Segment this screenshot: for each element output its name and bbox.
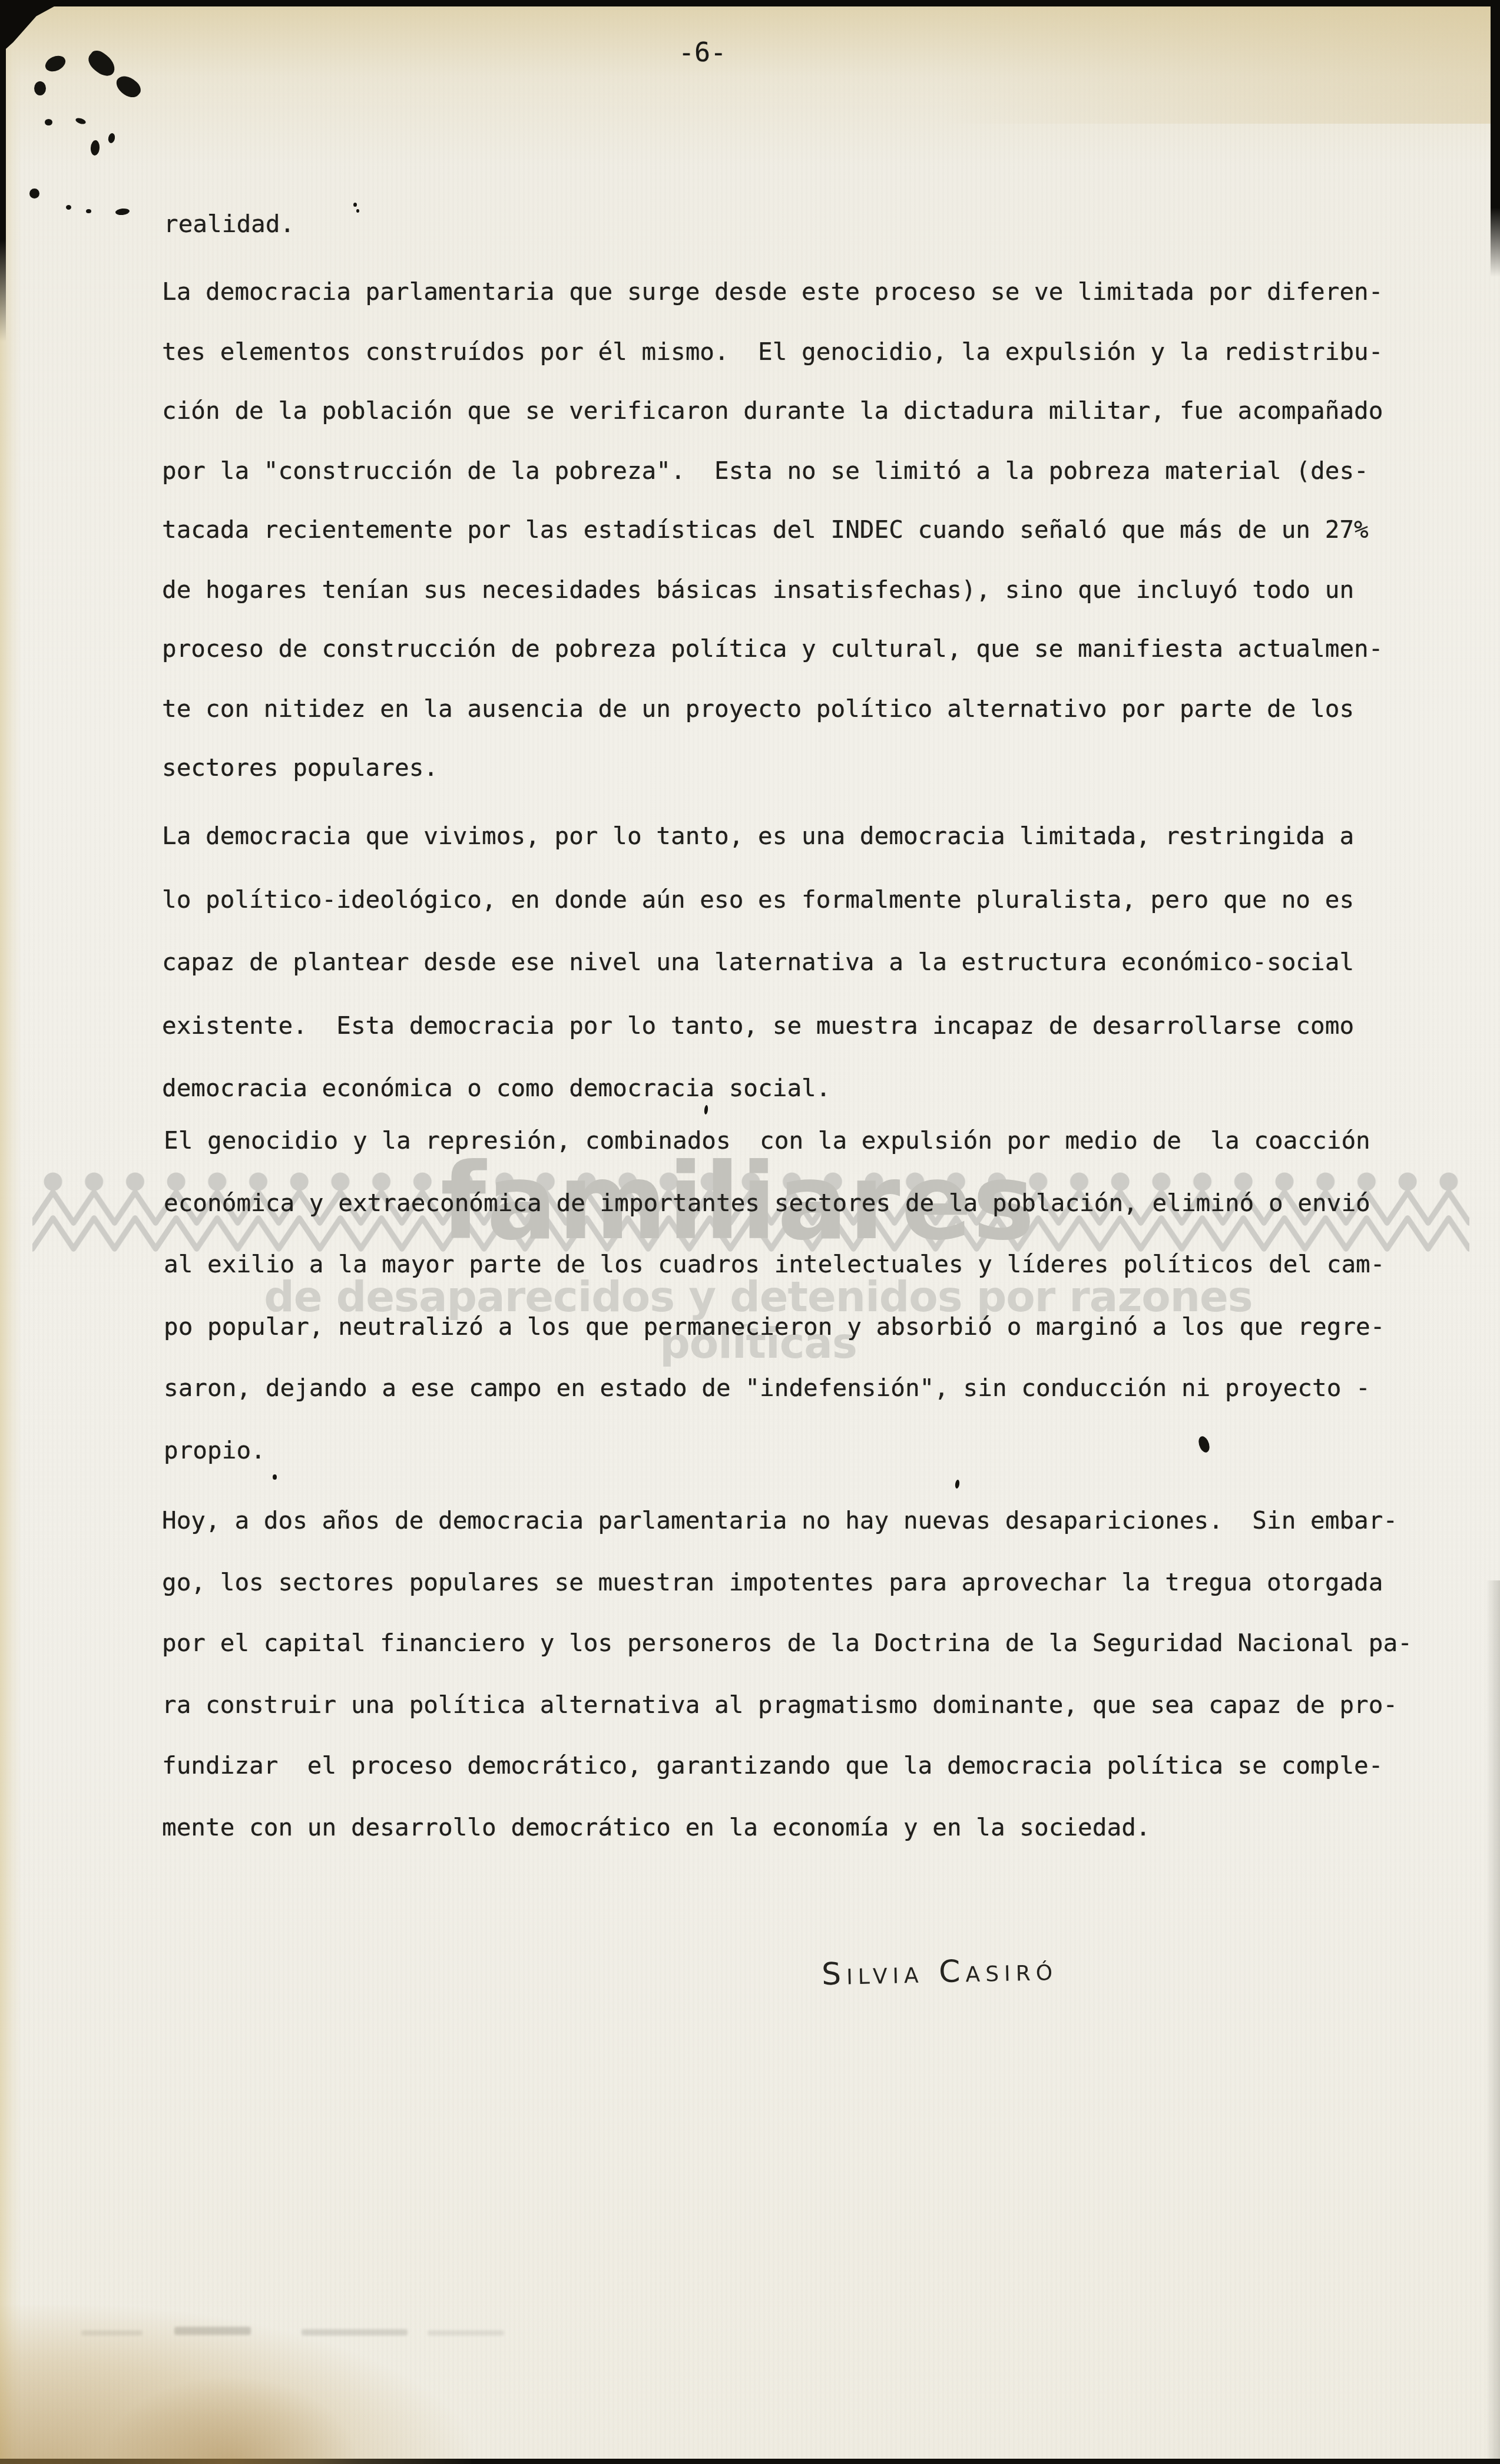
text-line: mente con un desarrollo democrático en l… <box>162 1797 1493 1858</box>
scan-edge-right <box>1491 0 1500 277</box>
text-line: go, los sectores populares se muestran i… <box>162 1552 1493 1613</box>
ink-speck <box>955 1480 960 1489</box>
text-line: ción de la población que se verificaron … <box>162 381 1493 441</box>
paragraph-1: La democracia parlamentaria que surge de… <box>162 262 1493 798</box>
scanned-document-page: familiares de desaparecidos y detenidos … <box>0 0 1500 2464</box>
text-line: propio. <box>164 1420 1495 1481</box>
paragraph-2: La democracia que vivimos, por lo tanto,… <box>162 805 1493 1120</box>
text-line: realidad. <box>164 194 1495 254</box>
text-line: Hoy, a dos años de democracia parlamenta… <box>162 1490 1493 1551</box>
text-line: proceso de construcción de pobreza polít… <box>162 619 1493 679</box>
ink-speck <box>29 188 39 199</box>
paper-stain <box>100 2376 359 2464</box>
paragraph-4: Hoy, a dos años de democracia parlamenta… <box>162 1490 1493 1857</box>
text-line: El genocidio y la represión, combinados … <box>164 1110 1495 1172</box>
text-line: de hogares tenían sus necesidades básica… <box>162 560 1493 620</box>
ink-speck <box>115 208 130 216</box>
scan-edge-top <box>0 0 1500 6</box>
text-line: sectores populares. <box>162 738 1493 798</box>
paper-aging-top-right <box>941 6 1500 124</box>
text-line: po popular, neutralizó a los que permane… <box>164 1296 1495 1358</box>
text-line: fundizar el proceso democrático, garanti… <box>162 1735 1493 1796</box>
text-line: por el capital financiero y los personer… <box>162 1612 1493 1673</box>
ink-speck <box>66 205 71 210</box>
text-line: te con nitidez en la ausencia de un proy… <box>162 679 1493 739</box>
text-line: La democracia parlamentaria que surge de… <box>162 262 1493 322</box>
page-number: -6- <box>678 37 755 68</box>
paper-aging-left-strip <box>0 0 21 2464</box>
text-line: La democracia que vivimos, por lo tanto,… <box>162 805 1493 868</box>
handwritten-signature: Silvia Casiró <box>821 1950 1175 1993</box>
paragraph-3: El genocidio y la represión, combinados … <box>164 1110 1495 1481</box>
scan-edge-left <box>0 0 6 342</box>
text-line: existente. Esta democracia por lo tanto,… <box>162 994 1493 1057</box>
ink-speck <box>356 209 359 213</box>
ink-speck <box>86 209 91 213</box>
ink-speck <box>353 203 357 207</box>
text-line: capaz de plantear desde ese nivel una la… <box>162 931 1493 994</box>
text-line: tes elementos construídos por él mismo. … <box>162 322 1493 382</box>
intro-line: realidad. <box>164 194 1495 254</box>
text-line: saron, dejando a ese campo en estado de … <box>164 1357 1495 1419</box>
ink-speck <box>34 81 46 95</box>
text-line: al exilio a la mayor parte de los cuadro… <box>164 1233 1495 1295</box>
text-line: tacada recientemente por las estadística… <box>162 500 1493 560</box>
ink-speck <box>45 119 52 125</box>
text-line: económica y extraeconómica de importante… <box>164 1172 1495 1234</box>
ink-speck <box>273 1474 277 1480</box>
text-line: por la "construcción de la pobreza". Est… <box>162 441 1493 501</box>
text-line: lo político-ideológico, en donde aún eso… <box>162 868 1493 931</box>
text-line: ra construir una política alternativa al… <box>162 1674 1493 1735</box>
